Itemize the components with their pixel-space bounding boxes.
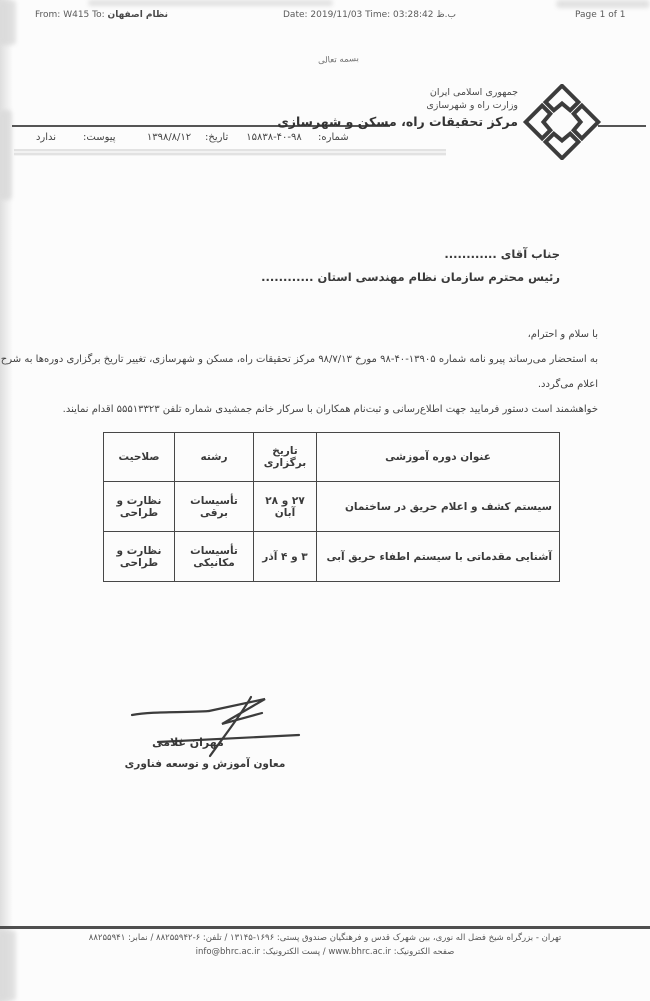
signer-name: مهران غلامی (128, 736, 248, 749)
fax-datetime: Date: 2019/11/03 Time: 03:28:42 ب.ظ (283, 10, 456, 20)
letter-date-label: تاریخ: (205, 132, 228, 143)
scanned-letter-page: From: W415 To: نظام اصفهان Date: 2019/11… (0, 0, 650, 1001)
letter-body: با سلام و احترام، به استحضار می‌رساند پی… (35, 322, 598, 422)
table-row: آشنایی مقدماتی با سیستم اطفاء حریق آبی ۳… (104, 532, 560, 582)
letter-attachment-label: پیوست: (83, 132, 116, 143)
fax-from-to: From: W415 To: نظام اصفهان (35, 10, 168, 20)
scan-artifact (88, 0, 333, 6)
fax-to-name: نظام اصفهان (108, 10, 169, 20)
col-header-course-title: عنوان دوره آموزشی (317, 433, 560, 482)
letterhead-country: جمهوری اسلامی ایران (250, 86, 518, 99)
fax-meridiem: ب.ظ (436, 10, 456, 20)
course-title: آشنایی مقدماتی با سیستم اطفاء حریق آبی (317, 532, 560, 582)
scan-artifact (556, 0, 650, 8)
recipient-line2: رئیس محترم سازمان نظام مهندسی استان ....… (261, 266, 560, 289)
letter-number-value: ۱۵۸۳۸-۴۰-۹۸ (238, 132, 310, 143)
col-header-competency: صلاحیت (104, 433, 175, 482)
letterhead-ministry: وزارت راه و شهرسازی (250, 99, 518, 112)
footer-address-line: تهران - بزرگراه شیخ فضل اله نوری، بین شه… (25, 931, 625, 945)
footer-contact: تهران - بزرگراه شیخ فضل اله نوری، بین شه… (25, 931, 625, 959)
scan-artifact (0, 930, 16, 1001)
scan-artifact (0, 110, 12, 200)
footer-rule (0, 926, 650, 929)
course-field: تأسیسات برقی (175, 482, 254, 532)
course-title: سیستم کشف و اعلام حریق در ساختمان (317, 482, 560, 532)
course-date: ۲۷ و ۲۸ آبان (254, 482, 317, 532)
signer-title: معاون آموزش و توسعه فناوری (100, 758, 310, 770)
recipient-block: جناب آقای ............ رئیس محترم سازمان… (261, 243, 560, 289)
letter-date-value: ۱۳۹۸/۸/۱۲ (141, 132, 197, 143)
course-competency: نظارت و طراحی (104, 482, 175, 532)
recipient-line1: جناب آقای ............ (261, 243, 560, 266)
body-salutation: با سلام و احترام، (35, 322, 598, 347)
body-line3: خواهشمند است دستور فرمایید جهت اطلاع‌رسا… (35, 397, 598, 422)
footer-web-line: صفحه الکترونیک: www.bhrc.ac.ir / پست الک… (25, 945, 625, 959)
fax-header: From: W415 To: نظام اصفهان Date: 2019/11… (0, 10, 650, 24)
letterhead-center-name: مرکز تحقیقات راه، مسکن و شهرسازی (250, 114, 518, 130)
fax-datetime-text: Date: 2019/11/03 Time: 03:28:42 (283, 10, 433, 20)
course-field: تأسیسات مکانیکی (175, 532, 254, 582)
bhrc-logo-icon (520, 84, 604, 160)
letterhead: جمهوری اسلامی ایران وزارت راه و شهرسازی … (250, 86, 518, 130)
table-row: سیستم کشف و اعلام حریق در ساختمان ۲۷ و ۲… (104, 482, 560, 532)
letter-number-label: شماره: (318, 132, 349, 143)
letterhead-rule-right (598, 125, 646, 127)
course-competency: نظارت و طراحی (104, 532, 175, 582)
body-line2: اعلام می‌گردد. (35, 372, 598, 397)
course-date: ۳ و ۴ آذر (254, 532, 317, 582)
letter-attachment-value: ندارد (26, 132, 66, 143)
body-line1: به استحضار می‌رساند پیرو نامه شماره ۱۳۹۰… (35, 347, 598, 372)
letter-meta-row: شماره: ۱۵۸۳۸-۴۰-۹۸ تاریخ: ۱۳۹۸/۸/۱۲ پیوس… (0, 132, 650, 148)
col-header-date: تاریخ برگزاری (254, 433, 317, 482)
besmele-text: بسمه تعالی (318, 54, 359, 66)
scan-artifact-band (14, 149, 446, 156)
courses-table: عنوان دوره آموزشی تاریخ برگزاری رشته صلا… (103, 432, 560, 582)
signature-scribble (112, 690, 307, 762)
fax-page-count: Page 1 of 1 (575, 10, 626, 20)
col-header-field: رشته (175, 433, 254, 482)
table-header-row: عنوان دوره آموزشی تاریخ برگزاری رشته صلا… (104, 433, 560, 482)
fax-from-to-label: From: W415 To: (35, 10, 105, 20)
